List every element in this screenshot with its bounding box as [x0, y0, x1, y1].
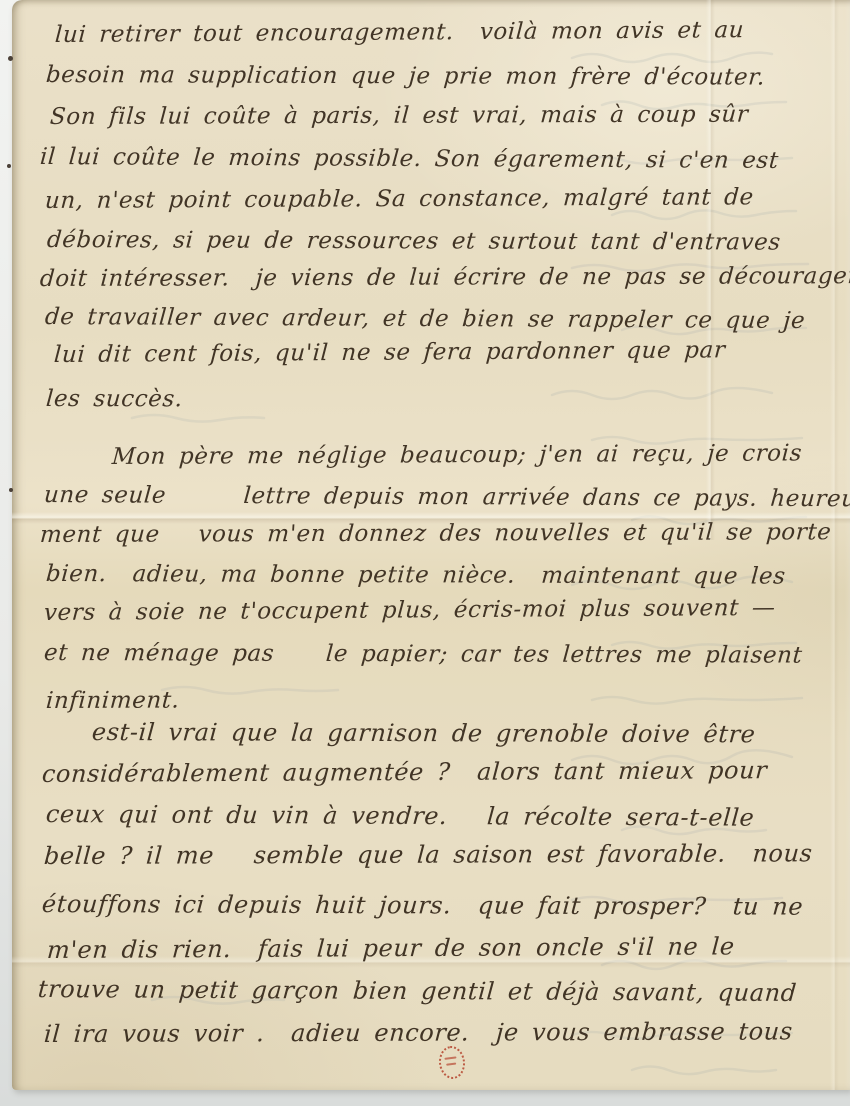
- scan-speck: [7, 164, 11, 168]
- scan-background: { "colors": { "paper": "#e8dec4", "ink":…: [0, 0, 850, 1106]
- letter-line: lui retirer tout encouragement. voilà mo…: [54, 17, 745, 48]
- letter-line: de travailler avec ardeur, et de bien se…: [44, 304, 806, 334]
- letter-line: déboires, si peu de ressources et surtou…: [46, 227, 782, 256]
- letter-page: lui retirer tout encouragement. voilà mo…: [12, 0, 850, 1090]
- letter-line: Son fils lui coûte à paris, il est vrai,…: [49, 102, 749, 130]
- letter-line: un, n'est point coupable. Sa constance, …: [44, 184, 754, 214]
- stamp-text-mark: [446, 1063, 456, 1066]
- letter-line: lui dit cent fois, qu'il ne se fera pard…: [53, 337, 726, 368]
- paper-edge-crease: [830, 0, 839, 1090]
- letter-line: doit intéresser. je viens de lui écrire …: [39, 263, 850, 292]
- letter-line: il ira vous voir . adieu encore. je vous…: [43, 1017, 794, 1048]
- letter-line: considérablement augmentée ? alors tant …: [41, 756, 768, 788]
- letter-line: bien. adieu, ma bonne petite nièce. main…: [45, 561, 787, 590]
- letter-line: ceux qui ont du vin à vendre. la récolte…: [45, 800, 756, 832]
- scan-speck: [9, 488, 13, 492]
- letter-line: m'en dis rien. fais lui peur de son oncl…: [46, 932, 736, 964]
- letter-line: une seule lettre depuis mon arrivée dans…: [43, 482, 850, 512]
- letter-line: il lui coûte le moins possible. Son égar…: [39, 144, 780, 174]
- library-stamp: [437, 1045, 467, 1081]
- letter-line: est-il vrai que la garnison de grenoble …: [91, 718, 757, 748]
- stamp-text-mark: [444, 1056, 456, 1059]
- letter-line: vers à soie ne t'occupent plus, écris-mo…: [43, 595, 776, 626]
- letter-line: et ne ménage pas le papier; car tes lett…: [43, 640, 803, 669]
- scan-speck: [8, 56, 13, 61]
- letter-line: belle ? il me semble que la saison est f…: [43, 839, 813, 870]
- letter-line: les succès.: [45, 386, 184, 412]
- letter-line: besoin ma supplication que je prie mon f…: [45, 62, 766, 91]
- letter-line: infiniment.: [45, 688, 180, 714]
- letter-line: trouve un petit garçon bien gentil et dé…: [37, 975, 798, 1007]
- letter-line: étouffons ici depuis huit jours. que fai…: [41, 890, 804, 921]
- letter-line: Mon père me néglige beaucoup; j'en ai re…: [111, 440, 803, 470]
- letter-line: ment que vous m'en donnez des nouvelles …: [39, 519, 832, 548]
